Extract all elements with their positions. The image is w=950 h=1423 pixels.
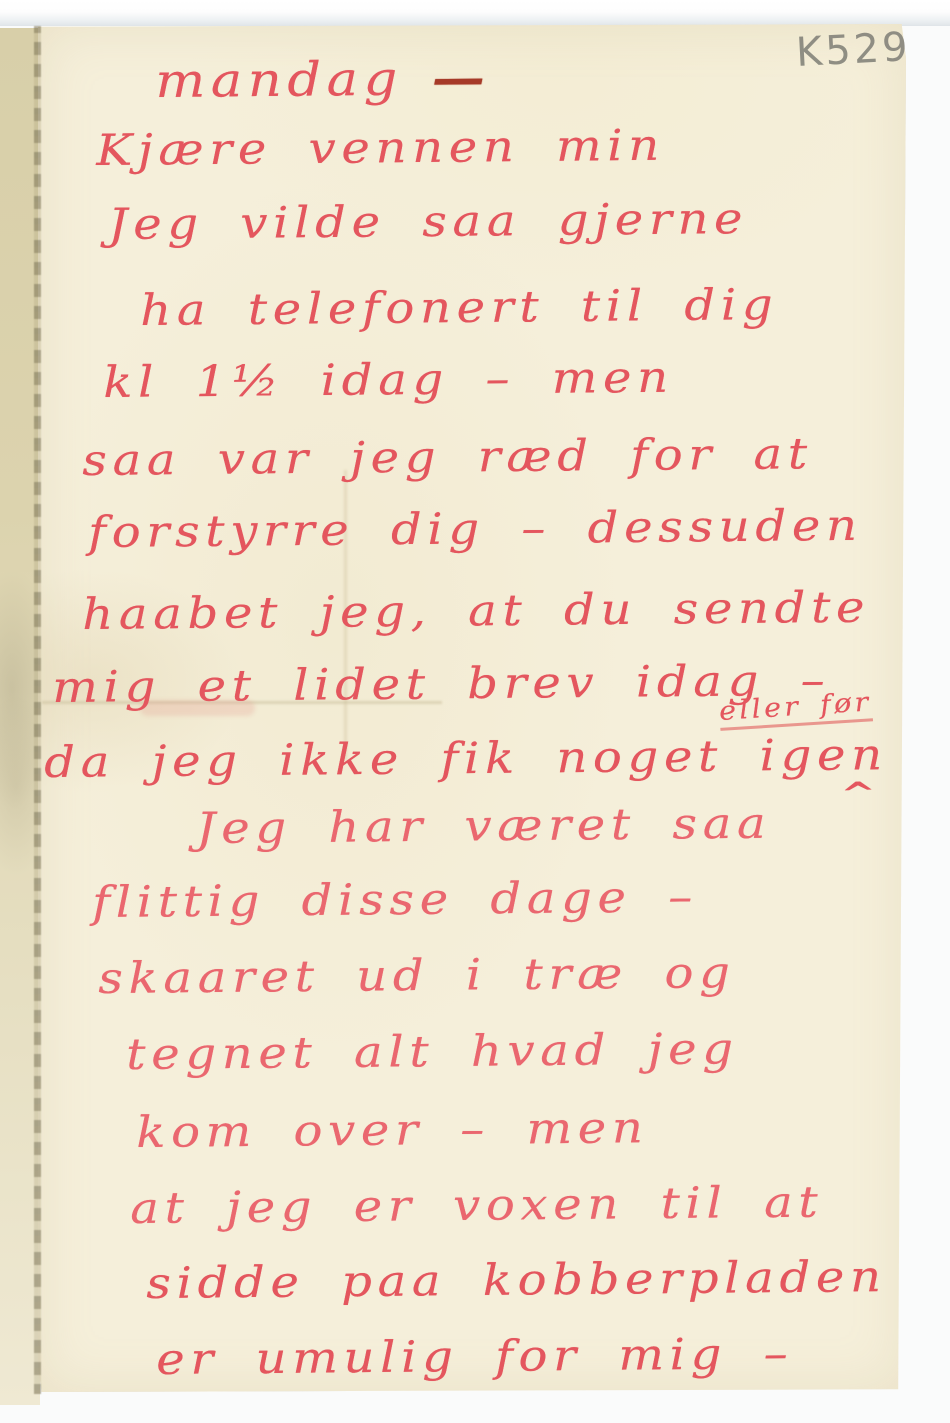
heading-word: mandag [155,52,403,109]
letter-line: Jeg har været saa [196,801,772,854]
letter-line: ha telefonert til dig [140,282,779,335]
letter-line: haabet jeg, at du sendte [82,585,870,640]
heading-dash: — [432,51,491,107]
archival-number: K529 [795,27,912,73]
insertion-caret: ^ [840,777,884,811]
paper-fold-crease [34,26,41,1394]
scanned-letter-page: K529 mandag— Kjære vennen min Jeg vilde … [0,0,950,1423]
letter-line: da jeg ikke fik noget igen [44,732,888,787]
letter-line: Kjære vennen min [96,123,665,176]
letter-line: saa var jeg ræd for at [82,431,813,485]
letter-line: mig et lidet brev idag – [52,658,831,713]
letter-line: kom over – men [136,1105,649,1157]
letter-line: at jeg er voxen til at [130,1180,824,1234]
letter-heading-date: mandag— [155,53,491,108]
scanner-background-top [0,0,950,26]
letter-line: sidde paa kobberpladen [146,1254,887,1308]
letter-line: Jeg vilde saa gjerne [108,196,748,249]
letter-line: skaaret ud i træ og [98,950,736,1003]
letter-line: flittig disse dage – [92,874,698,927]
letter-line: er umulig for mig – [156,1331,794,1384]
letter-line: forstyrre dig – dessuden [88,503,863,558]
letter-line: tegnet alt hvad jeg [126,1026,739,1079]
letter-line: kl 1½ idag – men [103,355,674,408]
